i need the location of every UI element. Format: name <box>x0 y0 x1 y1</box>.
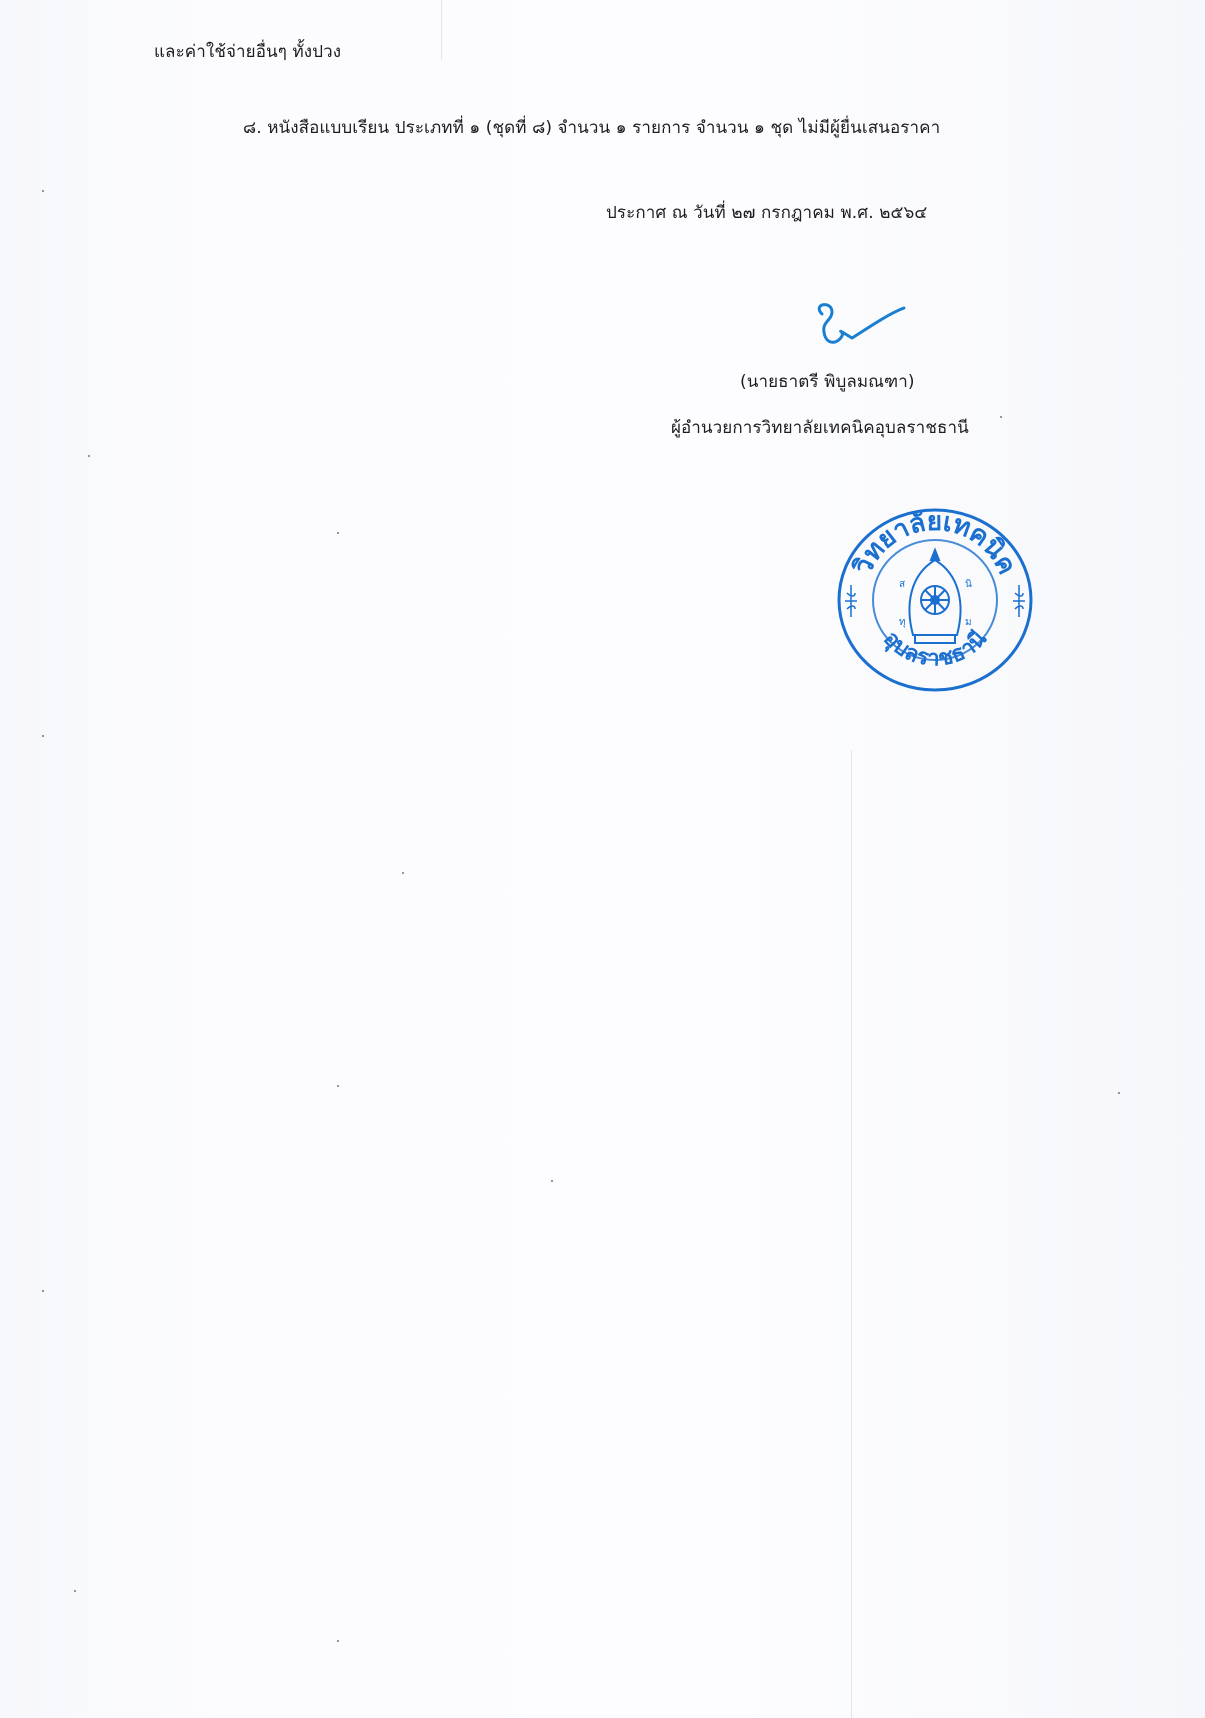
stamp-letter: นิ <box>965 579 972 590</box>
paper-fold-line <box>441 0 442 60</box>
stamp-letter: ม <box>965 617 972 628</box>
scan-speck <box>88 455 90 457</box>
signatory-position: ผู้อำนวยการวิทยาลัยเทคนิคอุบลราชธานี <box>671 414 969 441</box>
signature-mark <box>808 302 918 352</box>
scan-speck <box>337 1640 339 1642</box>
expense-continuation-text: และค่าใช้จ่ายอื่นๆ ทั้งปวง <box>154 38 341 65</box>
stamp-letter: ทุ <box>899 617 906 628</box>
scan-speck <box>42 735 44 737</box>
svg-text:วิทยาลัยเทคนิค: วิทยาลัยเทคนิค <box>848 507 1022 580</box>
stamp-bottom-text: อุบลราชธานี <box>877 626 991 671</box>
scan-speck <box>42 1290 44 1292</box>
paper-fold-line <box>851 750 852 1718</box>
scan-speck <box>551 1180 553 1182</box>
document-page: และค่าใช้จ่ายอื่นๆ ทั้งปวง ๘. หนังสือแบบ… <box>0 0 1205 1718</box>
scan-speck <box>42 190 44 192</box>
dharma-wheel-emblem-icon <box>909 550 960 643</box>
scan-speck <box>337 1085 339 1087</box>
college-seal-stamp: วิทยาลัยเทคนิค อุบลราชธานี ส นิ ทุ ม <box>835 505 1035 695</box>
svg-text:อุบลราชธานี: อุบลราชธานี <box>877 626 991 671</box>
scan-speck <box>402 872 404 874</box>
scan-speck <box>337 532 339 534</box>
signatory-name: (นายธาตรี พิบูลมณฑา) <box>740 368 915 395</box>
scan-speck <box>1118 1092 1120 1094</box>
item-8-text: ๘. หนังสือแบบเรียน ประเภทที่ ๑ (ชุดที่ ๘… <box>243 114 940 141</box>
stamp-letter: ส <box>899 579 905 590</box>
announcement-date: ประกาศ ณ วันที่ ๒๗ กรกฎาคม พ.ศ. ๒๕๖๔ <box>606 199 927 226</box>
ornament-right-icon <box>1013 585 1025 617</box>
scan-speck <box>1000 416 1002 418</box>
stamp-top-text: วิทยาลัยเทคนิค <box>848 507 1022 580</box>
ornament-left-icon <box>845 585 857 617</box>
scan-speck <box>74 1590 76 1592</box>
